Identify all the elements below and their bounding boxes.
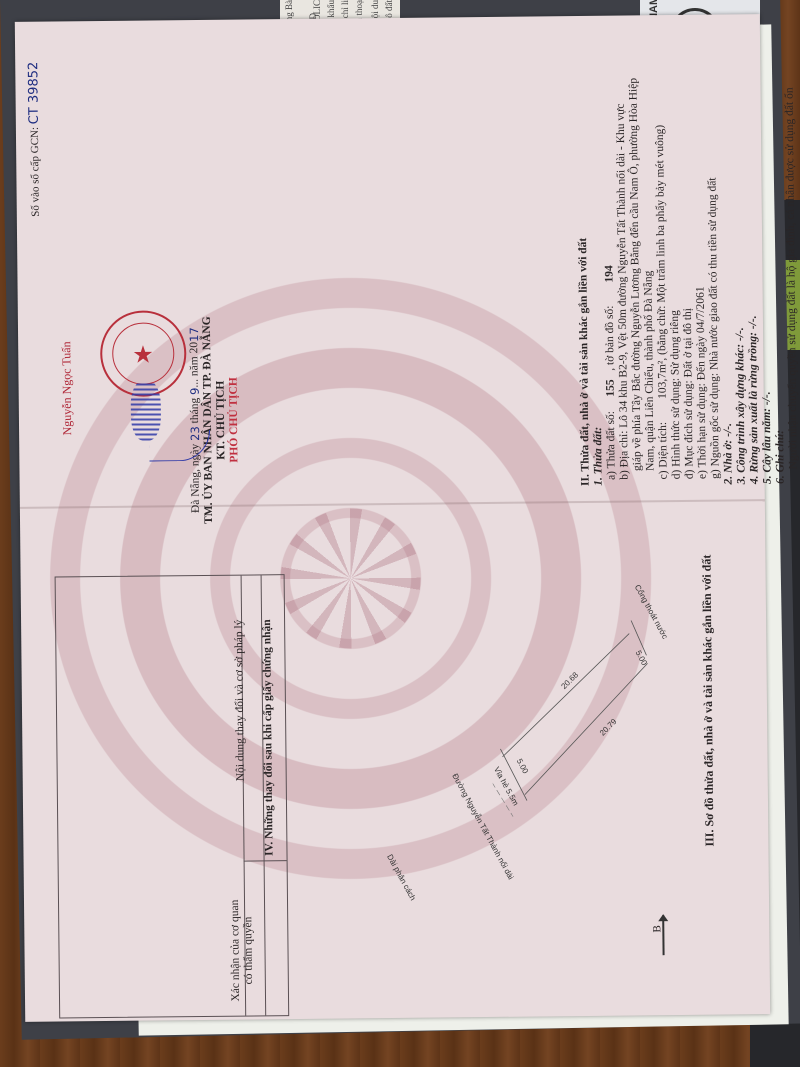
north-label: B bbox=[651, 925, 664, 932]
section-changes-title: IV. Những thay đổi sau khi cấp giấy chứn… bbox=[261, 619, 276, 856]
star-icon: ★ bbox=[132, 340, 154, 369]
page-fold bbox=[20, 499, 765, 509]
signature-block: Đà Nẵng, ngày 23 tháng 9... năm 2017 TM.… bbox=[188, 305, 242, 536]
land-use-certificate: Số vào sổ cấp GCN: CT 39852 II. Thửa đất… bbox=[15, 14, 770, 1022]
column-authority-confirmation: Xác nhận của cơ quan có thẩm quyền bbox=[229, 899, 256, 1001]
parcel-diagram bbox=[491, 615, 653, 817]
median-label: Dải phân cách bbox=[385, 853, 417, 902]
serial-value: CT 39852 bbox=[26, 62, 42, 125]
table-divider bbox=[244, 860, 287, 861]
bronze-drum-watermark bbox=[280, 508, 421, 649]
issuing-authority: TM. ỦY BAN NHÂN DÂN TP. ĐÀ NẴNG bbox=[201, 305, 216, 535]
signer-name: Nguyễn Ngọc Tuấn bbox=[60, 341, 74, 435]
column-change-content: Nội dung thay đổi và cơ sở pháp lý bbox=[233, 620, 248, 782]
certificate-serial: Số vào sổ cấp GCN: CT 39852 bbox=[27, 62, 43, 217]
section-land-details: II. Thửa đất, nhà ở và tài sản khác gắn … bbox=[575, 43, 800, 486]
signer-role: PHÓ CHỦ TỊCH bbox=[227, 305, 242, 535]
north-arrow-icon bbox=[662, 915, 664, 955]
section-parcel-diagram-title: III. Sơ đồ thửa đất, nhà ở và tài sản kh… bbox=[700, 555, 716, 847]
